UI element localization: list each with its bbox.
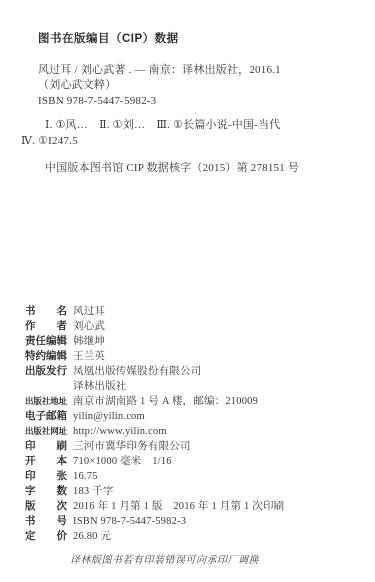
copyright-page: 图书在版编目（CIP）数据 风过耳 / 刘心武著 . — 南京：译林出版社，20… <box>0 0 375 582</box>
colophon-value: http://www.yilin.com <box>73 424 167 439</box>
colophon-label: 特约编辑 <box>25 349 67 364</box>
colophon-label: 作者 <box>25 319 67 334</box>
cip-classification-line-2: Ⅳ. ①I247.5 <box>21 134 375 150</box>
colophon-value: 刘心武 <box>73 319 105 334</box>
colophon-label: 书号 <box>25 514 67 529</box>
cip-series-line: （刘心武文粹） <box>38 78 375 94</box>
colophon-value: 凤凰出版传媒股份有限公司 <box>73 364 201 379</box>
cip-header: 图书在版编目（CIP）数据 <box>38 32 375 48</box>
colophon-row-email: 电子邮箱 yilin@yilin.com <box>25 409 375 424</box>
colophon-row-website: 出版社网址 http://www.yilin.com <box>25 424 375 439</box>
colophon-label: 版次 <box>25 499 67 514</box>
cip-entry-line: 风过耳 / 刘心武著 . — 南京：译林出版社，2016.1 <box>38 63 375 79</box>
colophon-value: 26.80 元 <box>73 529 111 544</box>
colophon-label: 出版社网址 <box>25 424 67 439</box>
colophon-value: 16.75 <box>73 469 98 484</box>
colophon-row-publisher: 出版发行 凤凰出版传媒股份有限公司 <box>25 364 375 379</box>
colophon-label: 责任编辑 <box>25 334 67 349</box>
cip-record-number-line: 中国版本图书馆 CIP 数据核字（2015）第 278151 号 <box>45 161 375 177</box>
colophon-value: 韩继坤 <box>73 334 105 349</box>
colophon-label: 印刷 <box>25 439 67 454</box>
colophon-label: 字数 <box>25 484 67 499</box>
colophon-row-contrib-editor: 特约编辑 王兰英 <box>25 349 375 364</box>
colophon-label: 电子邮箱 <box>25 409 67 424</box>
colophon-row-wordcount: 字数 183 千字 <box>25 484 375 499</box>
colophon-row-author: 作者 刘心武 <box>25 319 375 334</box>
colophon-value: 风过耳 <box>73 304 105 319</box>
reprint-note: 译林版图书若有印装错误可向承印厂调换 <box>70 551 375 566</box>
colophon-value: 183 千字 <box>73 484 114 499</box>
colophon-value: 王兰英 <box>73 349 105 364</box>
colophon-row-title: 书名 风过耳 <box>25 304 375 319</box>
colophon-row-isbn: 书号 ISBN 978-7-5447-5982-3 <box>25 514 375 529</box>
colophon-label: 出版发行 <box>25 364 67 379</box>
colophon-value: 710×1000 毫米 1/16 <box>73 454 172 469</box>
colophon-value: 译林出版社 <box>73 379 127 394</box>
colophon-label: 出版社地址 <box>25 394 67 409</box>
colophon-row-address: 出版社地址 南京市湖南路 1 号 A 楼，邮编：210009 <box>25 394 375 409</box>
colophon-value: 南京市湖南路 1 号 A 楼，邮编：210009 <box>73 394 258 409</box>
colophon-row-editor: 责任编辑 韩继坤 <box>25 334 375 349</box>
cip-classification-line-1: Ⅰ. ①风… Ⅱ. ①刘… Ⅲ. ①长篇小说-中国-当代 <box>45 118 375 134</box>
colophon-value: 2016 年 1 月第 1 版 2016 年 1 月第 1 次印刷 <box>73 499 284 514</box>
colophon-value: ISBN 978-7-5447-5982-3 <box>73 514 186 529</box>
colophon-value: yilin@yilin.com <box>73 409 145 424</box>
colophon-row-edition: 版次 2016 年 1 月第 1 版 2016 年 1 月第 1 次印刷 <box>25 499 375 514</box>
colophon-row-sheets: 印张 16.75 <box>25 469 375 484</box>
colophon-label: 印张 <box>25 469 67 484</box>
colophon-row-publisher-2: 译林出版社 <box>25 379 375 394</box>
cip-isbn-line: ISBN 978-7-5447-5982-3 <box>38 94 375 110</box>
colophon-label: 定价 <box>25 529 67 544</box>
colophon-row-format: 开本 710×1000 毫米 1/16 <box>25 454 375 469</box>
colophon-value: 三河市冀华印务有限公司 <box>73 439 191 454</box>
cip-data-block: 图书在版编目（CIP）数据 风过耳 / 刘心武著 . — 南京：译林出版社，20… <box>0 32 375 177</box>
colophon-label: 开本 <box>25 454 67 469</box>
colophon-row-price: 定价 26.80 元 <box>25 529 375 544</box>
colophon-row-printer: 印刷 三河市冀华印务有限公司 <box>25 439 375 454</box>
colophon-label: 书名 <box>25 304 67 319</box>
colophon-block: 书名 风过耳 作者 刘心武 责任编辑 韩继坤 特约编辑 王兰英 出版发行 凤凰出… <box>0 304 375 566</box>
